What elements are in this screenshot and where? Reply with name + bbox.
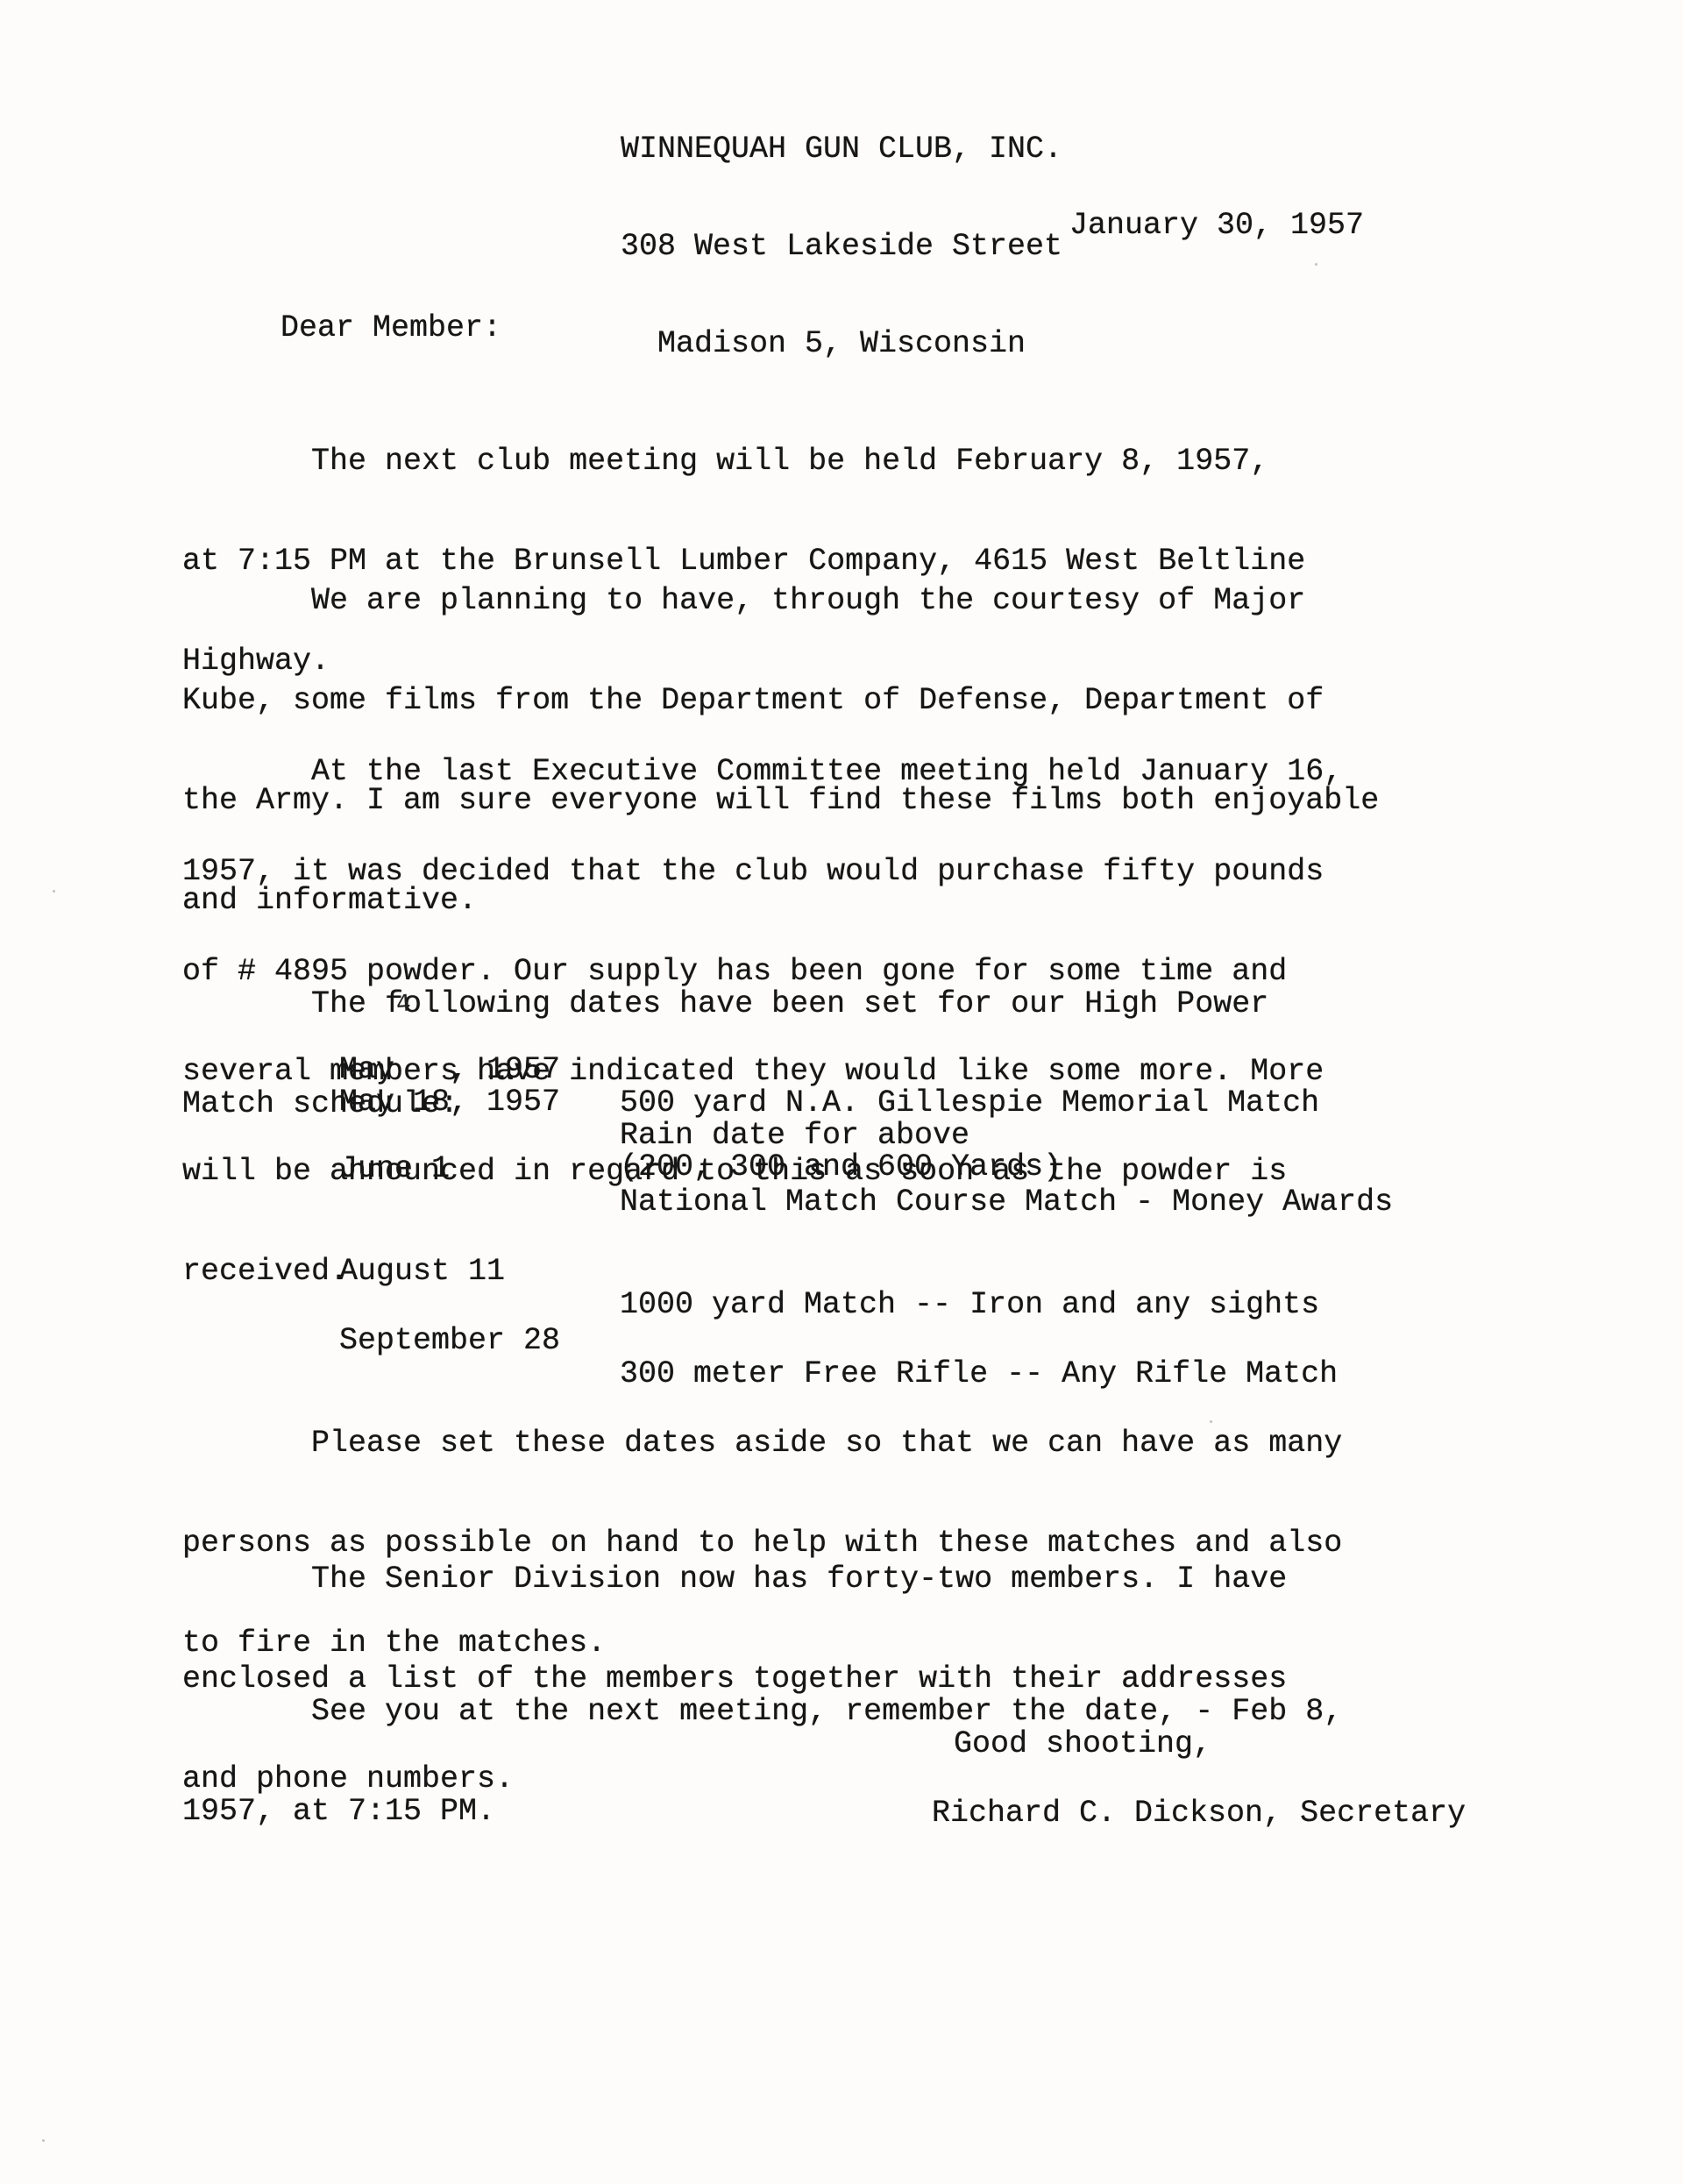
schedule-event-detail: (200, 300 and 600 Yards) — [620, 1150, 1062, 1184]
letterhead: WINNEQUAH GUN CLUB, INC. 308 West Lakesi… — [0, 68, 1683, 425]
schedule-event: Rain date for above — [620, 1119, 969, 1152]
schedule-date: May 18, 1957 — [339, 1085, 560, 1119]
letter-date: January 30, 1957 — [1069, 209, 1364, 242]
schedule-event: 1000 yard Match -- Iron and any sights — [620, 1288, 1319, 1321]
schedule-event: 500 yard N.A. Gillespie Memorial Match — [620, 1086, 1319, 1120]
city-address: Madison 5, Wisconsin — [0, 328, 1683, 360]
text-line: See you at the next meeting, remember th… — [182, 1695, 1342, 1728]
text-line: Please set these dates aside so that we … — [182, 1426, 1342, 1460]
text-line: The next club meeting will be held Febru… — [182, 445, 1305, 478]
street-address: 308 West Lakeside Street — [0, 231, 1683, 263]
paper-speck — [53, 890, 55, 893]
text-line: We are planning to have, through the cou… — [182, 584, 1379, 617]
salutation: Dear Member: — [280, 311, 501, 345]
text-line: At the last Executive Committee meeting … — [182, 755, 1342, 788]
closing: Good shooting, — [954, 1727, 1211, 1761]
text-line: The following dates have been set for ou… — [182, 987, 1268, 1021]
organization-name: WINNEQUAH GUN CLUB, INC. — [0, 133, 1683, 166]
schedule-date: June 1 — [339, 1152, 450, 1185]
schedule-event: National Match Course Match - Money Awar… — [620, 1185, 1393, 1219]
signature: Richard C. Dickson, Secretary — [932, 1796, 1466, 1830]
paper-speck — [42, 2139, 45, 2142]
letter-page: WINNEQUAH GUN CLUB, INC. 308 West Lakesi… — [0, 0, 1683, 2184]
text-line: 1957, it was decided that the club would… — [182, 855, 1342, 888]
text-line: The Senior Division now has forty-two me… — [182, 1562, 1287, 1596]
schedule-date: August 11 — [339, 1255, 505, 1288]
schedule-date: September 28 — [339, 1324, 560, 1357]
paragraph-reminder: See you at the next meeting, remember th… — [182, 1628, 1342, 1895]
paper-speck — [1315, 263, 1317, 266]
paper-speck — [1210, 1420, 1212, 1423]
handwritten-day-annotation: 4 — [395, 990, 412, 1017]
